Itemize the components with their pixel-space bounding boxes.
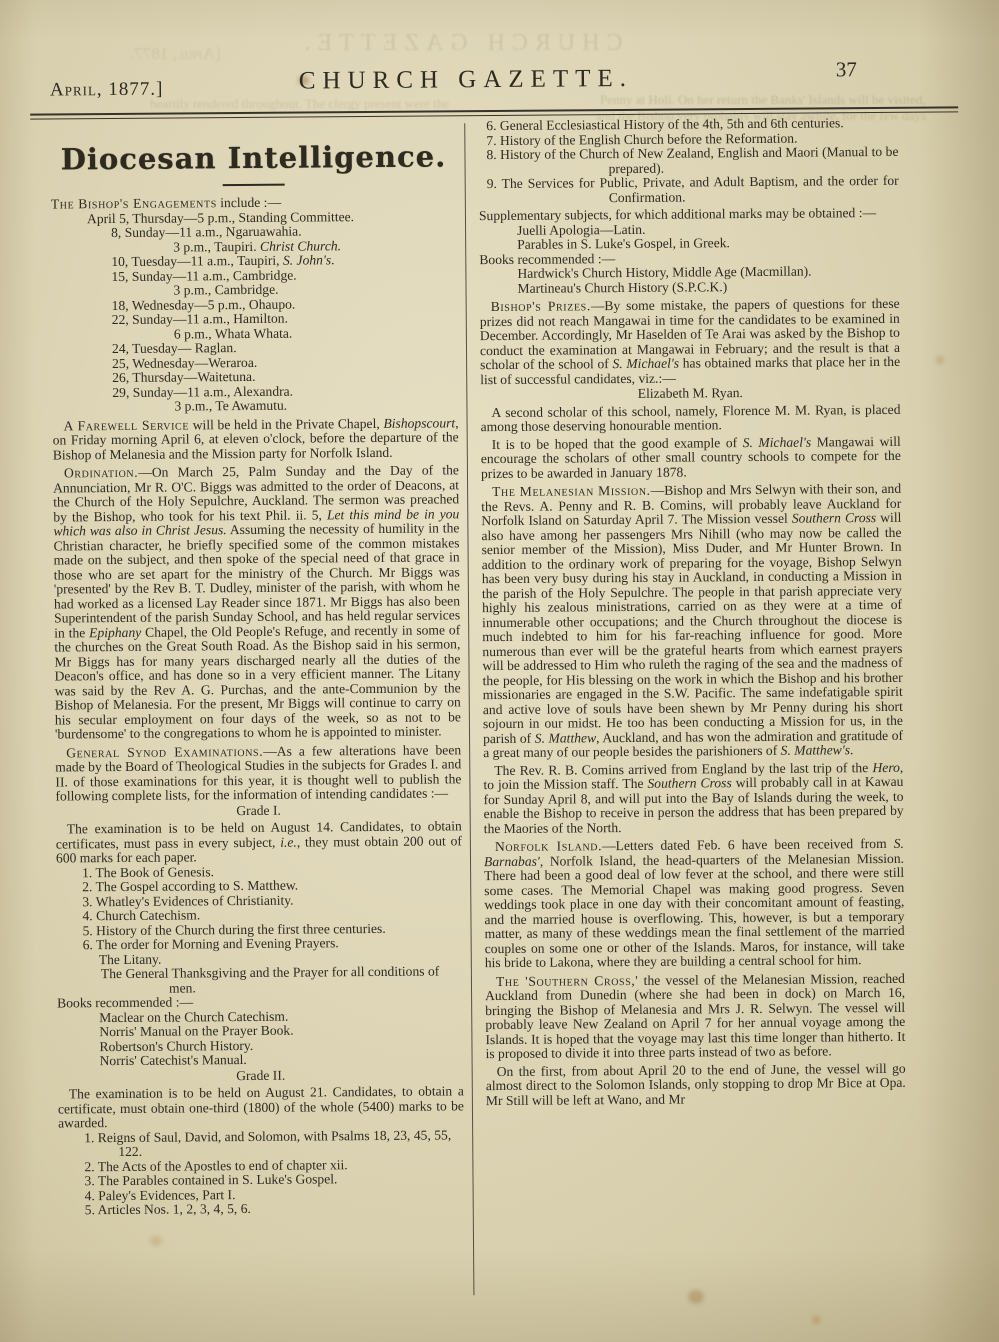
page-number: 37	[836, 57, 857, 82]
section-title: Diocesan Intelligence.	[50, 139, 456, 176]
paragraph-lead: The Bishop's Engagements	[51, 195, 217, 211]
paragraph: Norfolk Island.—Letters dated Feb. 6 hav…	[484, 837, 905, 971]
paragraph: Ordination.—On March 25, Palm Sunday and…	[53, 463, 461, 742]
list-line: Martineau's Church History (S.P.C.K.)	[479, 278, 899, 296]
paragraph-lead: The 'Southern Cross,'	[496, 972, 639, 988]
paragraph: It is to be hoped that the good example …	[481, 434, 901, 481]
paragraph: The 'Southern Cross,' the vessel of the …	[485, 971, 906, 1061]
paragraph-lead: Bishop's Prizes.	[491, 298, 591, 314]
centered-line: Elizabeth M. Ryan.	[480, 385, 900, 403]
columns: Diocesan Intelligence.The Bishop's Engag…	[36, 116, 907, 1299]
paragraph: On the first, from about April 20 to the…	[486, 1061, 906, 1108]
paragraph: A Farewell Service will be held in the P…	[53, 416, 459, 463]
centered-line: Grade II.	[58, 1067, 464, 1085]
list-line: 1. Reigns of Saul, David, and Solomon, w…	[58, 1128, 464, 1160]
paragraph: A second scholar of this school, namely,…	[480, 402, 900, 434]
paragraph-lead: The Melanesian Mission.	[492, 483, 651, 499]
paragraph-lead: Norfolk Island.	[495, 838, 602, 854]
paragraph: Bishop's Prizes.—By some mistake, the pa…	[480, 297, 901, 387]
paragraph: The Melanesian Mission.—Bishop and Mrs S…	[481, 482, 903, 761]
paragraph: The examination is to be held on August …	[58, 1084, 464, 1131]
newspaper-page: CHURCH GAZETTE. [April, 1877. heartily r…	[0, 0, 999, 1342]
paragraph-lead: General Synod Examinations.	[66, 743, 263, 760]
list-line: 9. The Services for Public, Private, and…	[479, 174, 899, 206]
centered-line: Grade I.	[56, 802, 462, 820]
masthead-title: CHURCH GAZETTE.	[0, 63, 936, 98]
page-content: April, 1877.] CHURCH GAZETTE. 37 Diocesa…	[0, 0, 999, 1342]
section-heading-wrap: Diocesan Intelligence.	[50, 139, 456, 187]
list-line: The General Thanksgiving and the Prayer …	[57, 964, 463, 996]
paragraph: General Synod Examinations.—As a few alt…	[55, 743, 461, 804]
list-line: 5. Articles Nos. 1, 2, 3, 4, 5, 6.	[59, 1200, 465, 1218]
paragraph: The Rev. R. B. Comins arrived from Engla…	[483, 760, 904, 836]
paragraph-lead: Ordination.	[64, 465, 138, 481]
list-line: 8. History of the Church of New Zealand,…	[478, 145, 898, 177]
paragraph: The examination is to be held on August …	[56, 819, 462, 866]
heading-rule	[223, 184, 285, 186]
paragraph-lead: A Farewell Service	[64, 417, 190, 433]
left-column: Diocesan Intelligence.The Bishop's Engag…	[36, 119, 473, 1218]
right-column: 6. General Ecclesiastical History of the…	[465, 116, 906, 1108]
